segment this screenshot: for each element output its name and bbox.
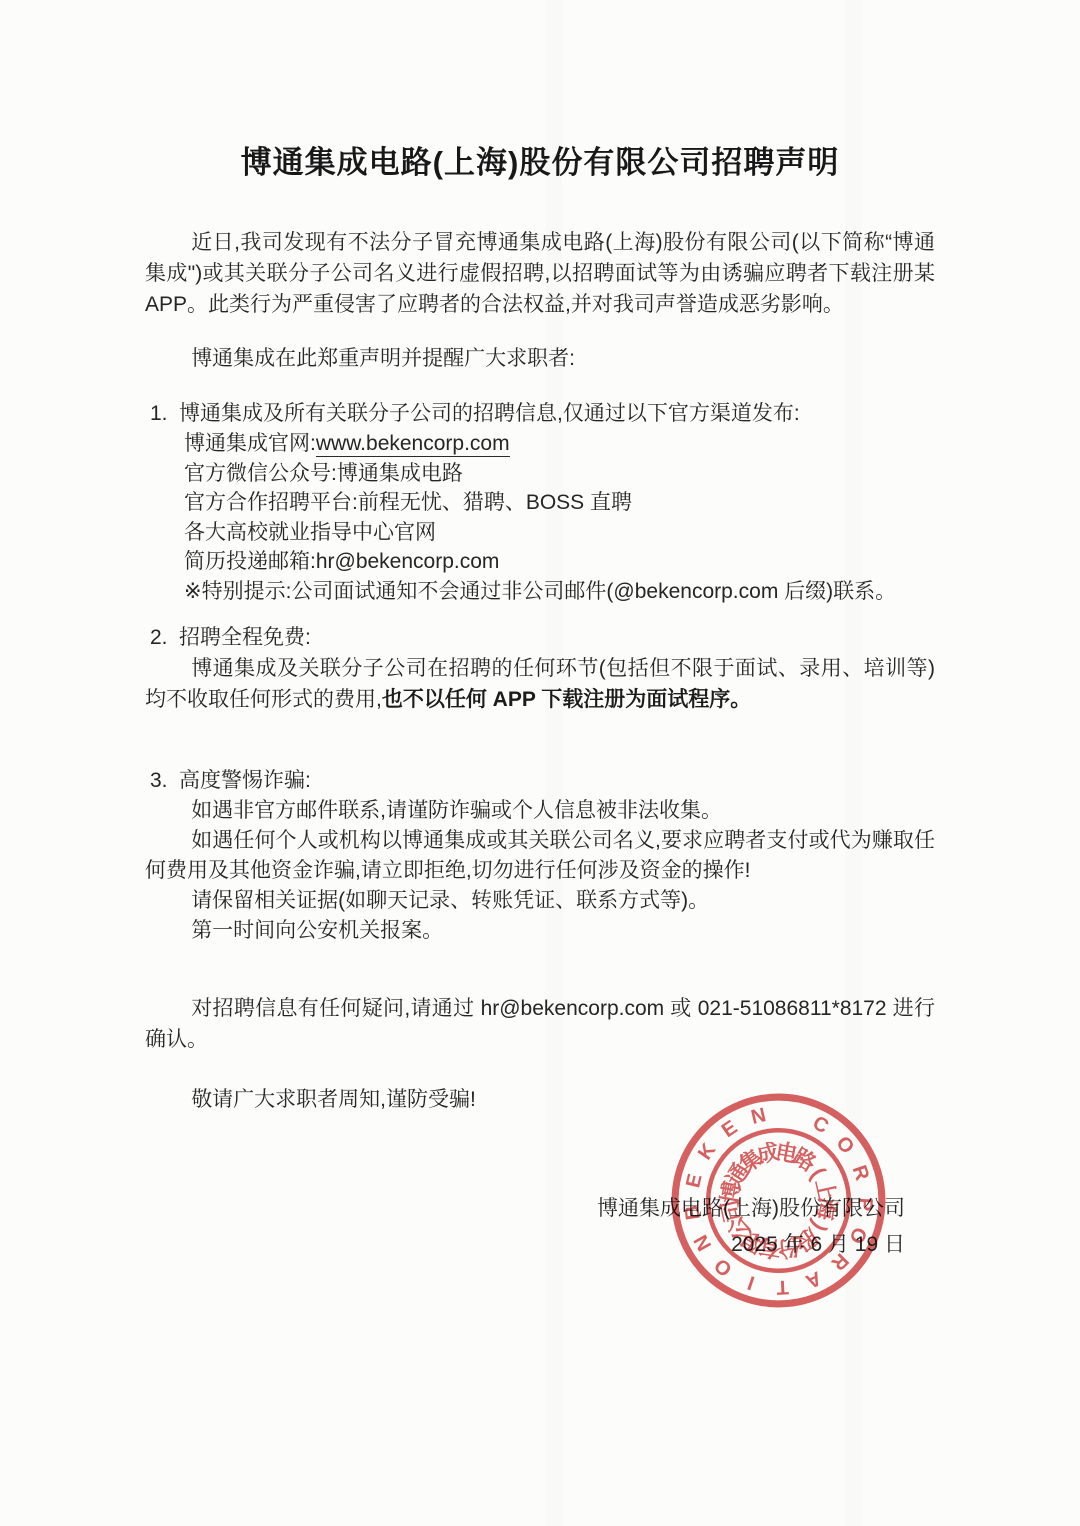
seal-latin-letter: R	[848, 1163, 874, 1184]
section-1-heading: 1.博通集成及所有关联分子公司的招聘信息,仅通过以下官方渠道发布:	[145, 398, 935, 429]
channel-special-note: ※特别提示:公司面试通知不会通过非公司邮件(@bekencorp.com 后缀)…	[184, 577, 935, 607]
seal-latin-letter: O	[844, 1224, 870, 1247]
section-fraud-alert: 3.高度警惕诈骗: 如遇非官方邮件联系,请谨防诈骗或个人信息被非法收集。 如遇任…	[145, 765, 935, 946]
website-url: www.bekencorp.com	[316, 432, 510, 457]
channel-recruit-platforms: 官方合作招聘平台:前程无忧、猎聘、BOSS 直聘	[184, 488, 935, 518]
seal-latin-letter: N	[749, 1104, 768, 1129]
seal-latin-letter: O	[831, 1132, 858, 1158]
seal-latin-letter: E	[682, 1172, 706, 1190]
section-3-number: 3.	[145, 765, 179, 796]
channel-official-website: 博通集成官网:www.bekencorp.com	[184, 429, 935, 459]
fraud-alert-paragraph: 如遇任何个人或机构以博通集成或其关联公司名义,要求应聘者支付或代为赚取任何费用及…	[145, 826, 935, 886]
section-2-body: 博通集成及关联分子公司在招聘的任何环节(包括但不限于面试、录用、培训等)均不收取…	[145, 653, 935, 715]
intro-paragraph: 近日,我司发现有不法分子冒充博通集成电路(上海)股份有限公司(以下简称“博通集成…	[145, 227, 935, 320]
section-2-number: 2.	[145, 622, 179, 653]
seal-latin-letter: N	[690, 1231, 716, 1254]
website-label: 博通集成官网:	[184, 432, 316, 455]
seal-latin-letter: A	[802, 1266, 824, 1292]
seal-latin-letter: P	[853, 1197, 876, 1211]
section-3-heading: 3.高度警惕诈骗:	[145, 765, 935, 796]
section-free-recruitment: 2.招聘全程免费: 博通集成及关联分子公司在招聘的任何环节(包括但不限于面试、录…	[145, 622, 935, 715]
section-2-heading-text: 招聘全程免费:	[179, 626, 311, 649]
seal-latin-letter: C	[809, 1112, 832, 1138]
section-2-heading: 2.招聘全程免费:	[145, 622, 935, 653]
channel-wechat-account: 官方微信公众号:博通集成电路	[184, 459, 935, 489]
section-1-heading-text: 博通集成及所有关联分子公司的招聘信息,仅通过以下官方渠道发布:	[179, 402, 800, 425]
section-official-channels: 1.博通集成及所有关联分子公司的招聘信息,仅通过以下官方渠道发布: 博通集成官网…	[145, 398, 935, 606]
notice-lead-paragraph: 博通集成在此郑重声明并提醒广大求职者:	[145, 343, 935, 374]
seal-latin-letter: T	[775, 1275, 789, 1298]
contact-paragraph: 对招聘信息有任何疑问,请通过 hr@bekencorp.com 或 021-51…	[145, 993, 935, 1055]
fraud-alert-paragraph: 第一时间向公安机关报案。	[145, 916, 935, 946]
seal-latin-letter: I	[745, 1271, 757, 1294]
document-page: 博通集成电路(上海)股份有限公司招聘声明 近日,我司发现有不法分子冒充博通集成电…	[0, 0, 1080, 1526]
section-1-number: 1.	[145, 398, 179, 429]
seal-cjk-letter: 海	[812, 1196, 841, 1223]
seal-latin-letter: R	[826, 1249, 852, 1275]
fraud-alert-paragraph: 请保留相关证据(如聊天记录、转账凭证、联系方式等)。	[145, 886, 935, 916]
section-2-body-bold: 也不以任何 APP 下载注册为面试程序。	[382, 688, 751, 711]
seal-latin-letter: B	[681, 1204, 705, 1221]
document-title: 博通集成电路(上海)股份有限公司招聘声明	[145, 143, 935, 183]
official-channels-list: 博通集成官网:www.bekencorp.com 官方微信公众号:博通集成电路 …	[145, 429, 935, 606]
seal-latin-letter: O	[710, 1254, 736, 1281]
company-seal: BEKENCORPORATION博通集成电路(上海)股份有限公司	[658, 1080, 899, 1321]
channel-resume-email: 简历投递邮箱:hr@bekencorp.com	[184, 547, 935, 577]
section-3-heading-text: 高度警惕诈骗:	[179, 769, 311, 792]
seal-latin-letter: K	[694, 1139, 721, 1164]
channel-university-centers: 各大高校就业指导中心官网	[184, 518, 935, 548]
seal-latin-letter: E	[718, 1116, 742, 1142]
fraud-alert-paragraph: 如遇非官方邮件联系,请谨防诈骗或个人信息被非法收集。	[145, 796, 935, 826]
